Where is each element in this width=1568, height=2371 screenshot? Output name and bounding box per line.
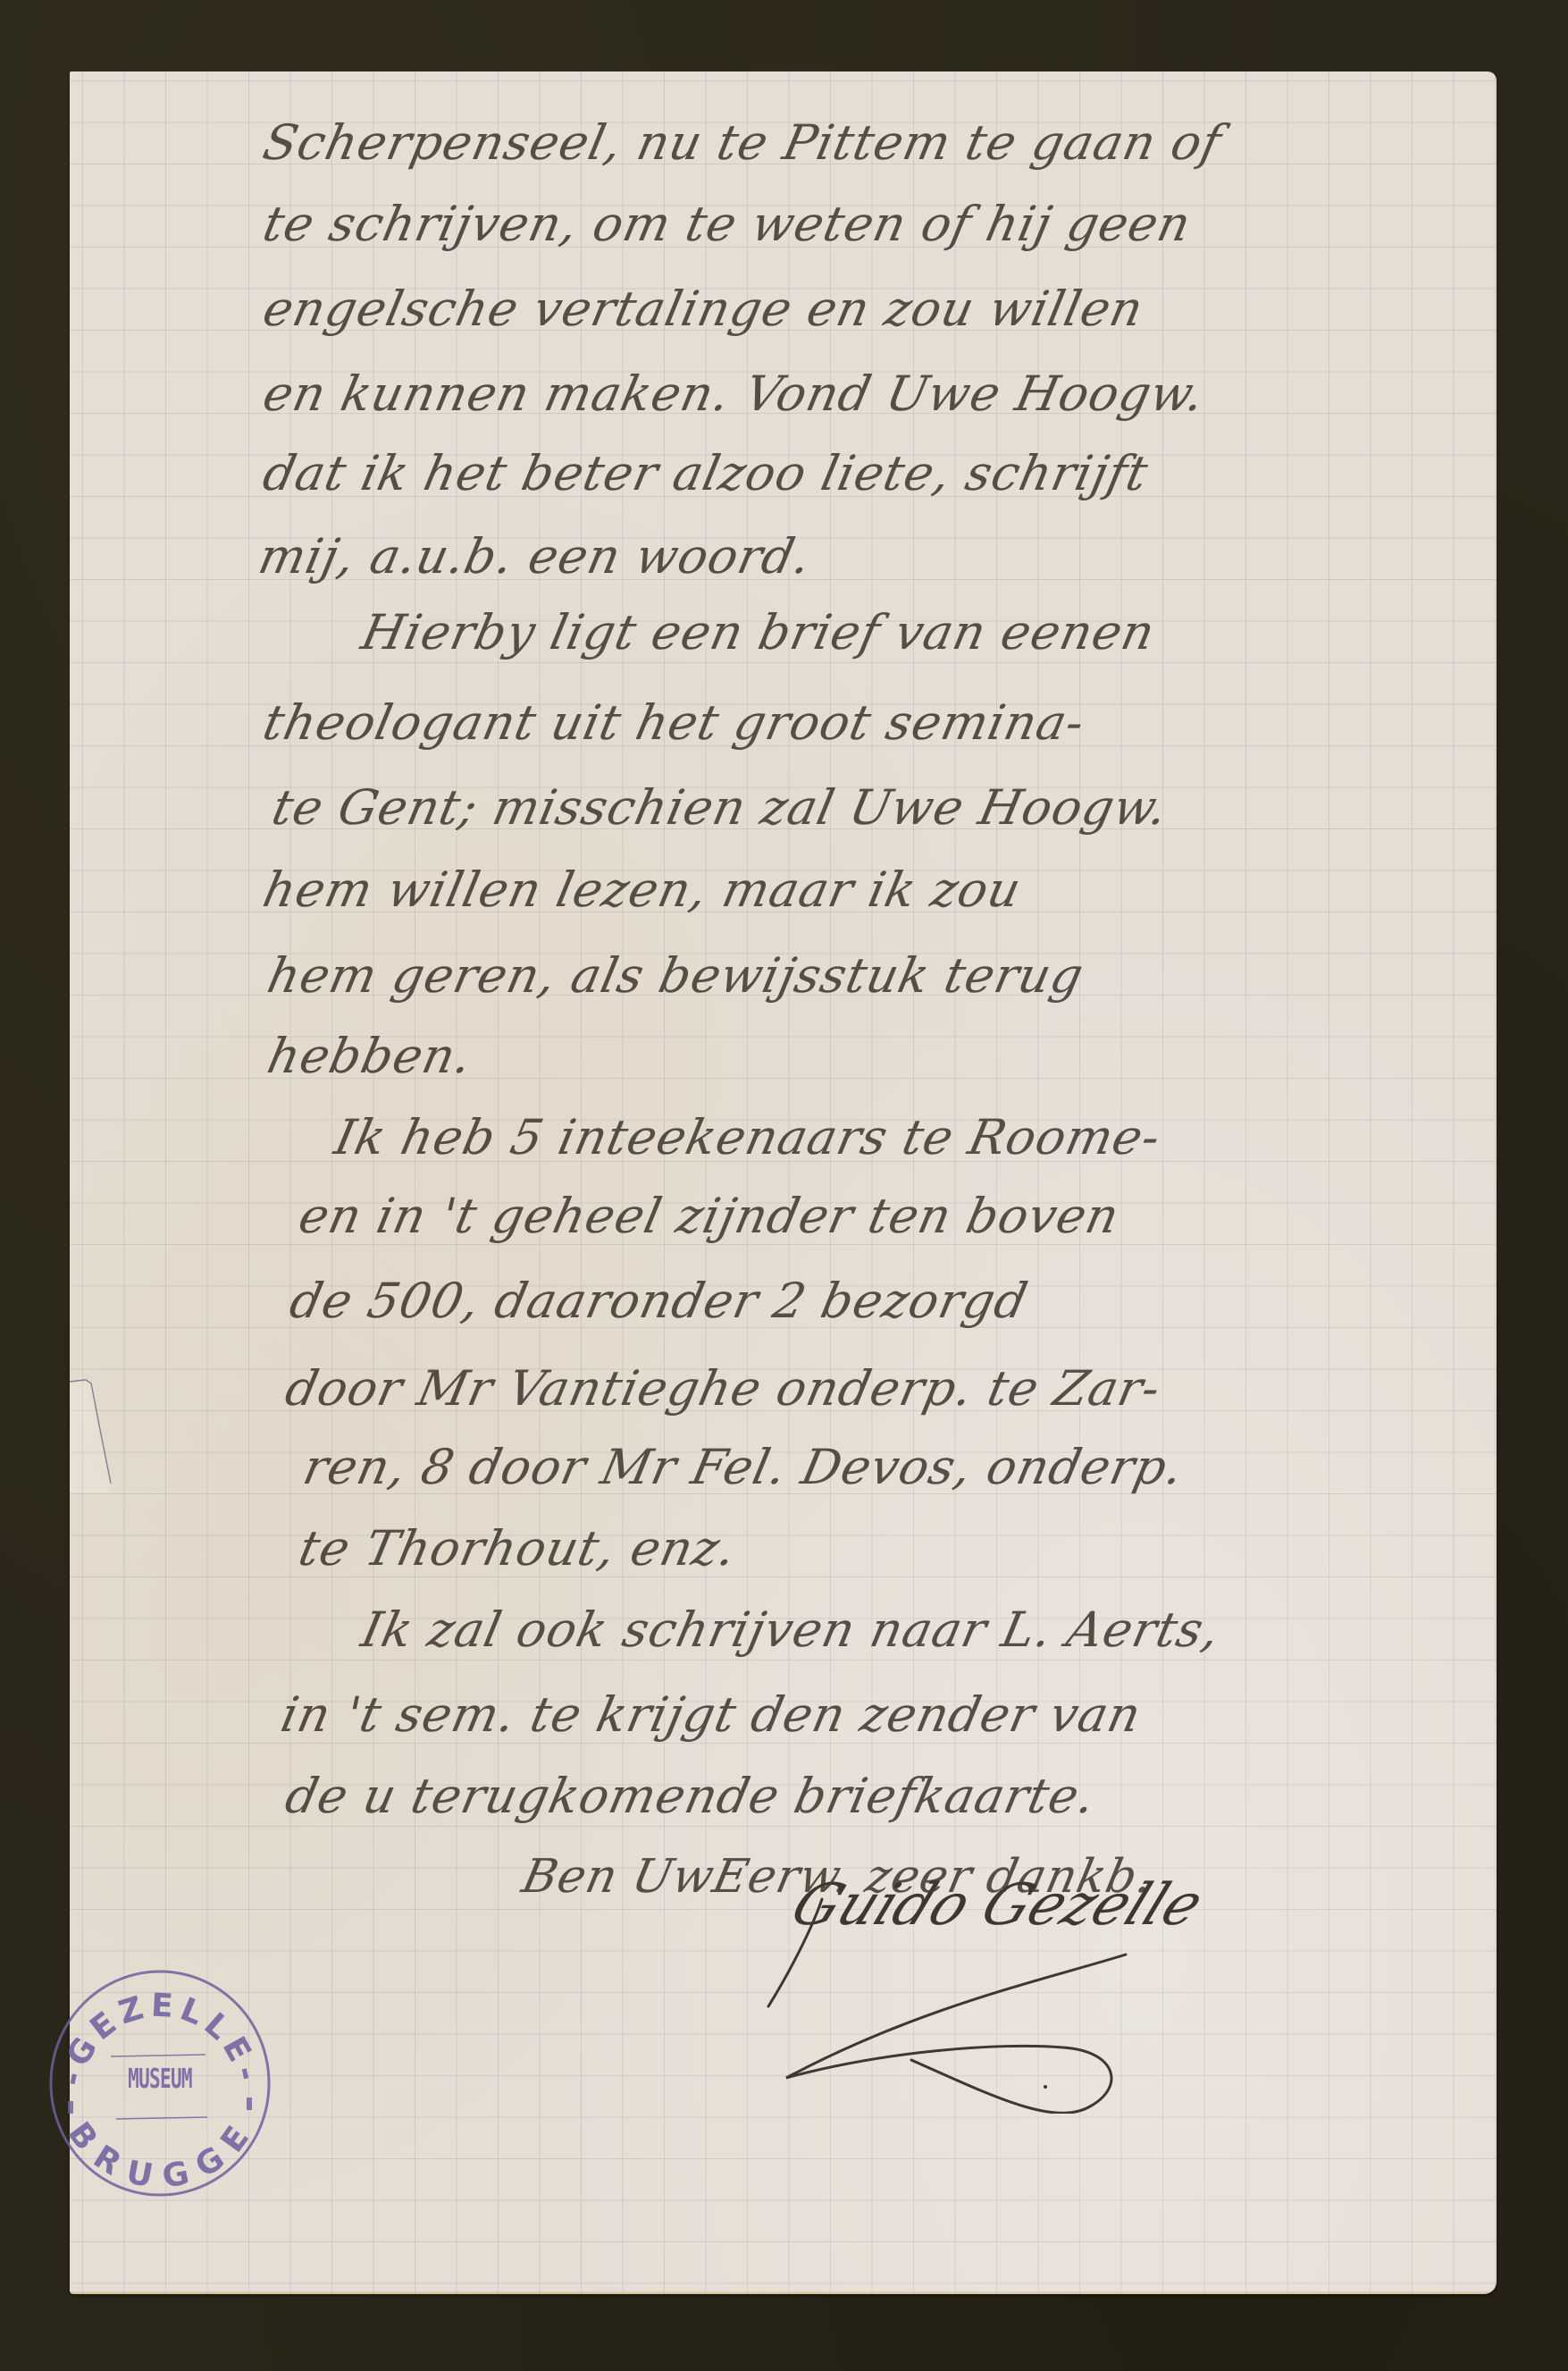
- letter-line: hebben.: [264, 1032, 476, 1080]
- letter-line: dat ik het beter alzoo liete, schrijft: [259, 450, 1153, 498]
- paper-tear: [70, 1376, 123, 1492]
- museum-stamp: -GEZELLE- BRUGGE MUSEUM: [46, 1969, 273, 2198]
- letter-line: hem geren, als bewijsstuk terug: [264, 952, 1088, 1000]
- letter-line: Scherpenseel, nu te Pittem te gaan of: [259, 119, 1226, 167]
- svg-text:BRUGGE: BRUGGE: [61, 2115, 260, 2196]
- letter-line: engelsche vertalinge en zou willen: [259, 285, 1148, 333]
- stamp-center-text: MUSEUM: [80, 2064, 239, 2095]
- letter-line: en in 't geheel zijnder ten boven: [295, 1192, 1124, 1240]
- letter-line: de 500, daaronder 2 bezorgd: [286, 1277, 1032, 1325]
- letter-line: in 't sem. te krijgt den zender van: [277, 1691, 1145, 1739]
- letter-line: door Mr Vantieghe onderp. te Zar-: [281, 1365, 1165, 1413]
- letter-line: ren, 8 door Mr Fel. Devos, onderp.: [299, 1443, 1187, 1492]
- letter-line: te Gent; misschien zal Uwe Hoogw.: [268, 784, 1172, 832]
- signature: Guido Gezelle: [706, 1872, 1349, 2114]
- letter-line: Ik zal ook schrijven naar L. Aerts,: [357, 1606, 1224, 1654]
- letter-line: de u terugkomende briefkaarte.: [281, 1772, 1100, 1820]
- letter-line: Ik heb 5 inteekenaars te Roome-: [331, 1114, 1165, 1162]
- signature-flourish: [706, 1872, 1349, 2114]
- letter-line: hem willen lezen, maar ik zou: [259, 866, 1026, 914]
- paper-bottom-edge: [70, 2291, 1497, 2294]
- letter-line: Hierby ligt een brief van eenen: [357, 609, 1160, 657]
- letter-line: en kunnen maken. Vond Uwe Hoogw.: [259, 370, 1209, 418]
- letter-line: mij, a.u.b. een woord.: [255, 533, 816, 581]
- letter-line: te schrijven, om te weten of hij geen: [259, 200, 1195, 248]
- letter-line: te Thorhout, enz.: [295, 1525, 741, 1573]
- letter-line: theologant uit het groot semina-: [259, 699, 1089, 747]
